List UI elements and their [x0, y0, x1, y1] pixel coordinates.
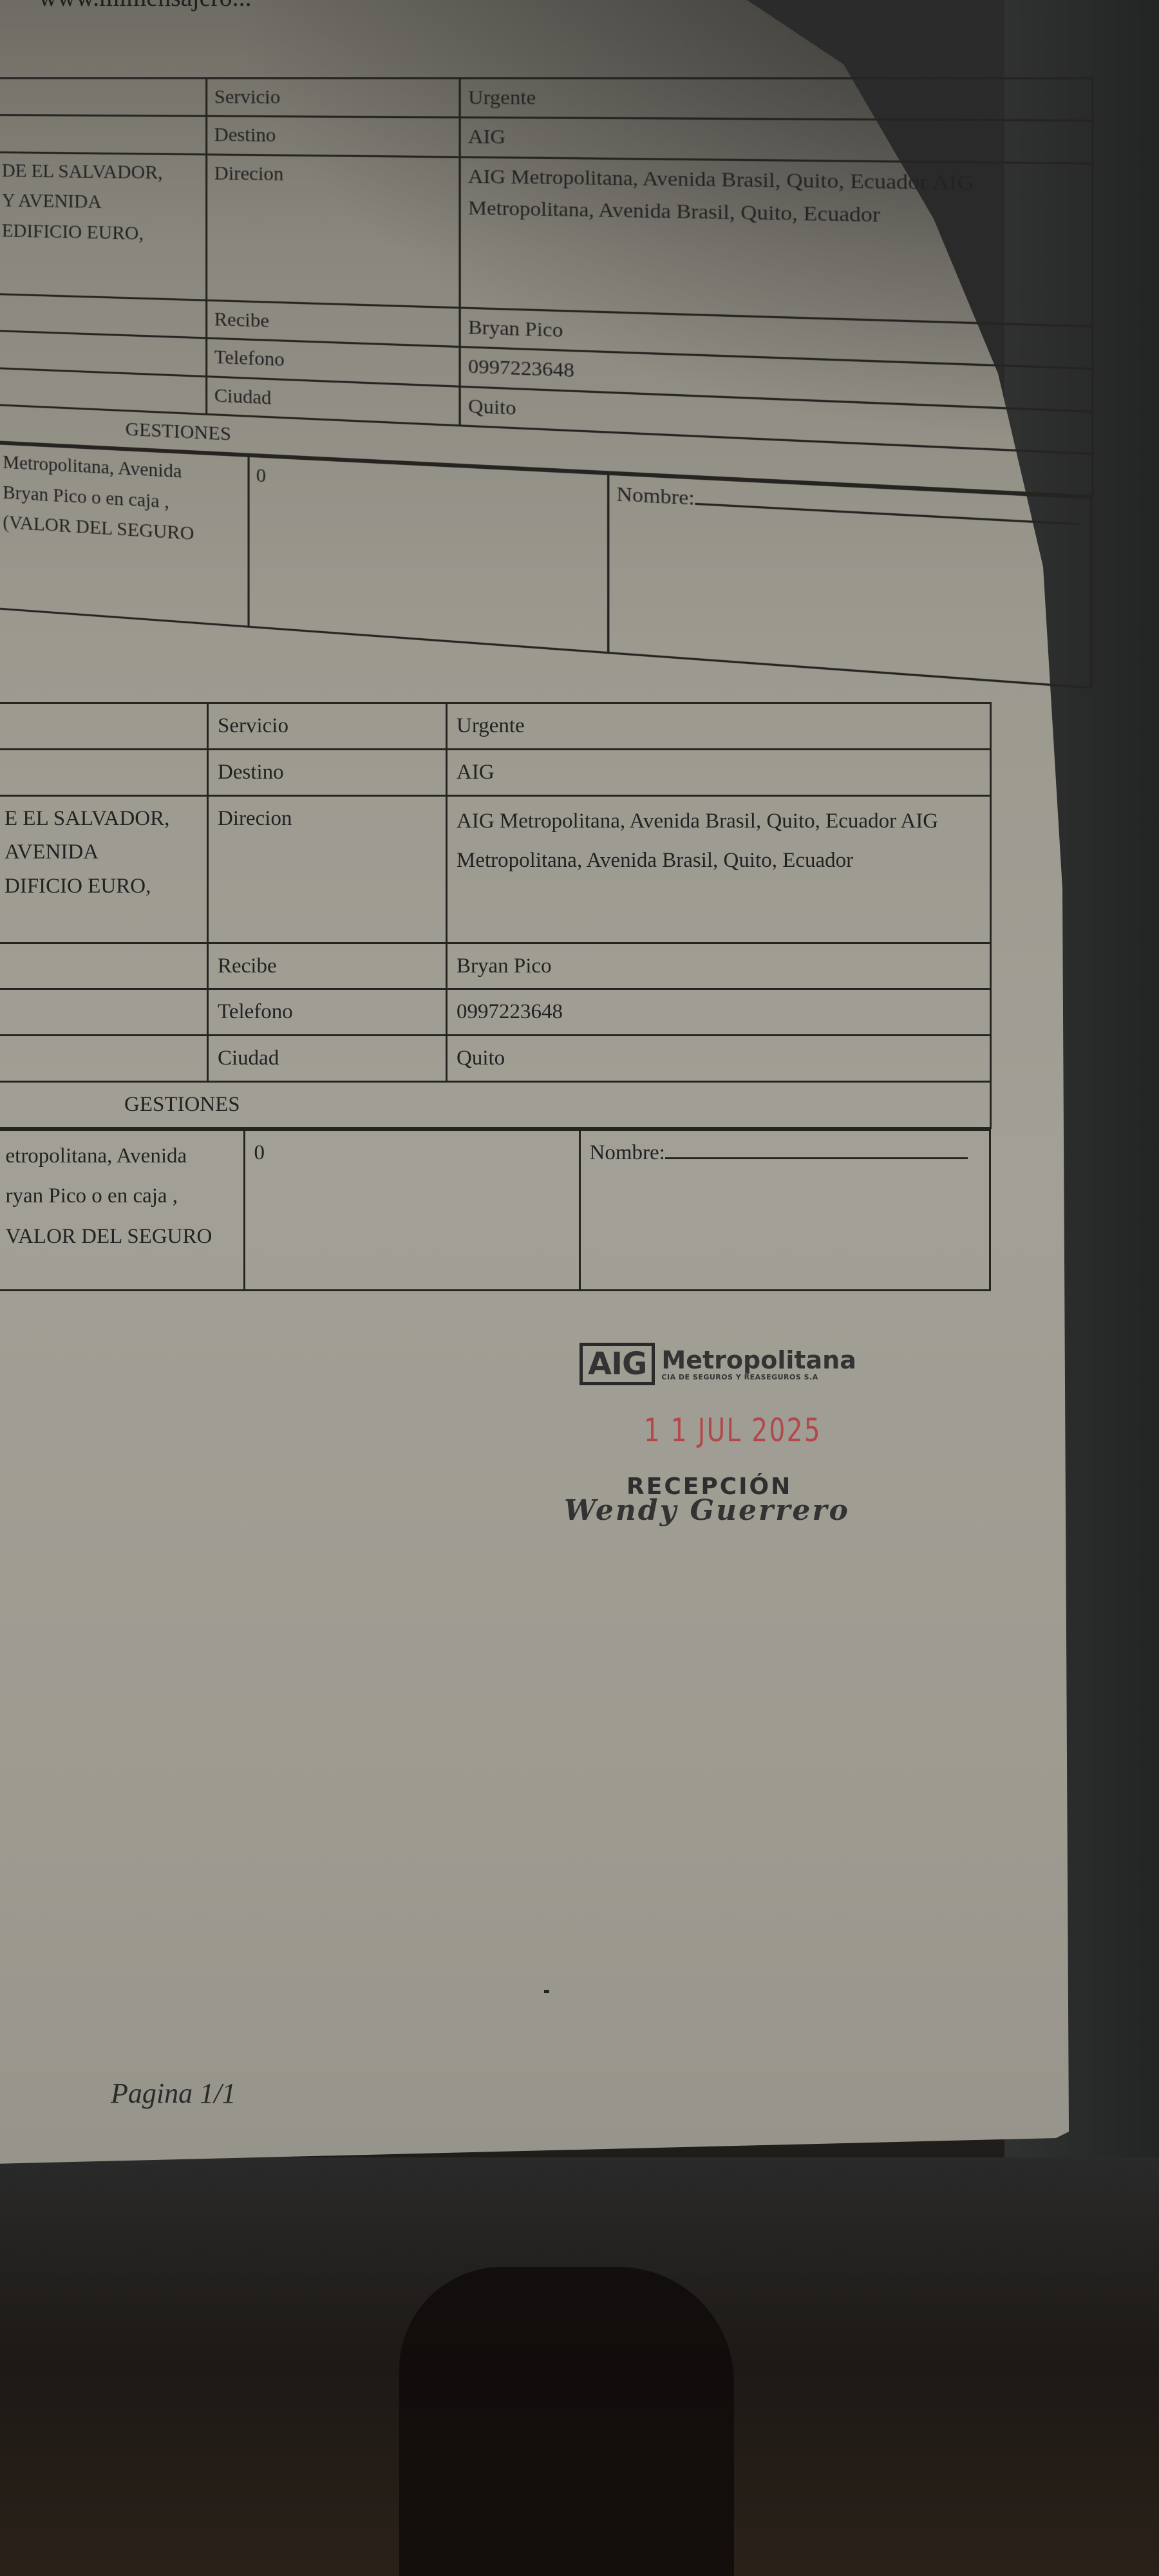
gestiones-table: etropolitana, Avenida ryan Pico o en caj… [0, 1129, 991, 1291]
field-value: AIG Metropolitana, Avenida Brasil, Quito… [447, 795, 991, 943]
shipping-form-1: Servicio Urgente Destino AIG DE EL SALVA… [0, 77, 1093, 689]
field-value: Quito [447, 1036, 991, 1082]
gestiones-note: Metropolitana, Avenida Bryan Pico o en c… [0, 444, 249, 627]
ink-dot [544, 1990, 549, 1993]
cell-left [0, 79, 207, 117]
table-row: Recibe Bryan Pico [0, 943, 991, 989]
stamp-date: 1 1 JUL 2025 [644, 1412, 822, 1449]
company-name: Metropolitana [661, 1347, 856, 1373]
cell-left-address: E EL SALVADOR, AVENIDA DIFICIO EURO, [0, 795, 208, 943]
table-row: Telefono 0997223648 [0, 989, 991, 1036]
cell-left [0, 703, 208, 750]
field-label: Servicio [207, 79, 460, 118]
table-row: Servicio Urgente [0, 79, 1092, 121]
field-label: Destino [207, 117, 460, 157]
gestiones-note: etropolitana, Avenida ryan Pico o en caj… [0, 1130, 244, 1290]
field-value: AIG [447, 749, 991, 795]
field-value: Urgente [460, 79, 1092, 121]
aig-logo-box: AIG [579, 1343, 655, 1385]
field-label: Servicio [208, 703, 447, 750]
field-value: AIG Metropolitana, Avenida Brasil, Quito… [460, 157, 1092, 327]
gestiones-cell-wrapper: etropolitana, Avenida ryan Pico o en caj… [0, 1128, 991, 1291]
field-value: 0997223648 [447, 989, 991, 1036]
field-label: Direcion [207, 155, 460, 308]
gestiones-amount: 0 [249, 457, 608, 653]
cell-left [0, 943, 208, 989]
cell-left [0, 749, 208, 795]
field-value: AIG [460, 118, 1092, 164]
nombre-cell: Nombre: [608, 475, 1091, 688]
field-value: Bryan Pico [447, 943, 991, 989]
gestiones-amount: 0 [244, 1130, 579, 1290]
cell-left [0, 115, 207, 155]
stamp-receiver-name: Wendy Guerrero [564, 1494, 850, 1527]
header-url: www.mimensajero... [39, 0, 252, 12]
field-value: Urgente [447, 703, 991, 750]
field-label: Telefono [208, 989, 447, 1036]
table-row: E EL SALVADOR, AVENIDA DIFICIO EURO, Dir… [0, 795, 991, 943]
nombre-signature-line [695, 503, 1080, 526]
field-label: Recibe [208, 943, 447, 989]
nombre-label: Nombre: [617, 484, 695, 510]
table-row: Ciudad Quito [0, 1036, 991, 1082]
gestiones-header-row: GESTIONES [0, 1081, 991, 1128]
shadow [399, 2267, 734, 2576]
gestiones-row: etropolitana, Avenida ryan Pico o en caj… [0, 1128, 991, 1291]
nombre-cell: Nombre: [579, 1130, 990, 1290]
aig-logo-text: Metropolitana CIA DE SEGUROS Y REASEGURO… [661, 1347, 856, 1381]
field-label: Ciudad [208, 1036, 447, 1082]
field-label: Destino [208, 749, 447, 795]
gestiones-title: GESTIONES [0, 1081, 991, 1128]
nombre-signature-line [665, 1157, 968, 1159]
cell-left-address: DE EL SALVADOR, Y AVENIDA EDIFICIO EURO, [0, 152, 207, 300]
cell-left [0, 989, 208, 1036]
table-row: Servicio Urgente [0, 703, 991, 750]
table-row: Destino AIG [0, 749, 991, 795]
nombre-label: Nombre: [590, 1141, 665, 1164]
field-label: Direcion [208, 795, 447, 943]
page-number: Pagina 1/1 [111, 2077, 236, 2110]
cell-left [0, 1036, 208, 1082]
reception-stamp: AIG Metropolitana CIA DE SEGUROS Y REASE… [579, 1343, 914, 1385]
shipping-form-2: Servicio Urgente Destino AIG E EL SALVAD… [0, 702, 992, 1291]
aig-logo: AIG Metropolitana CIA DE SEGUROS Y REASE… [579, 1343, 914, 1385]
